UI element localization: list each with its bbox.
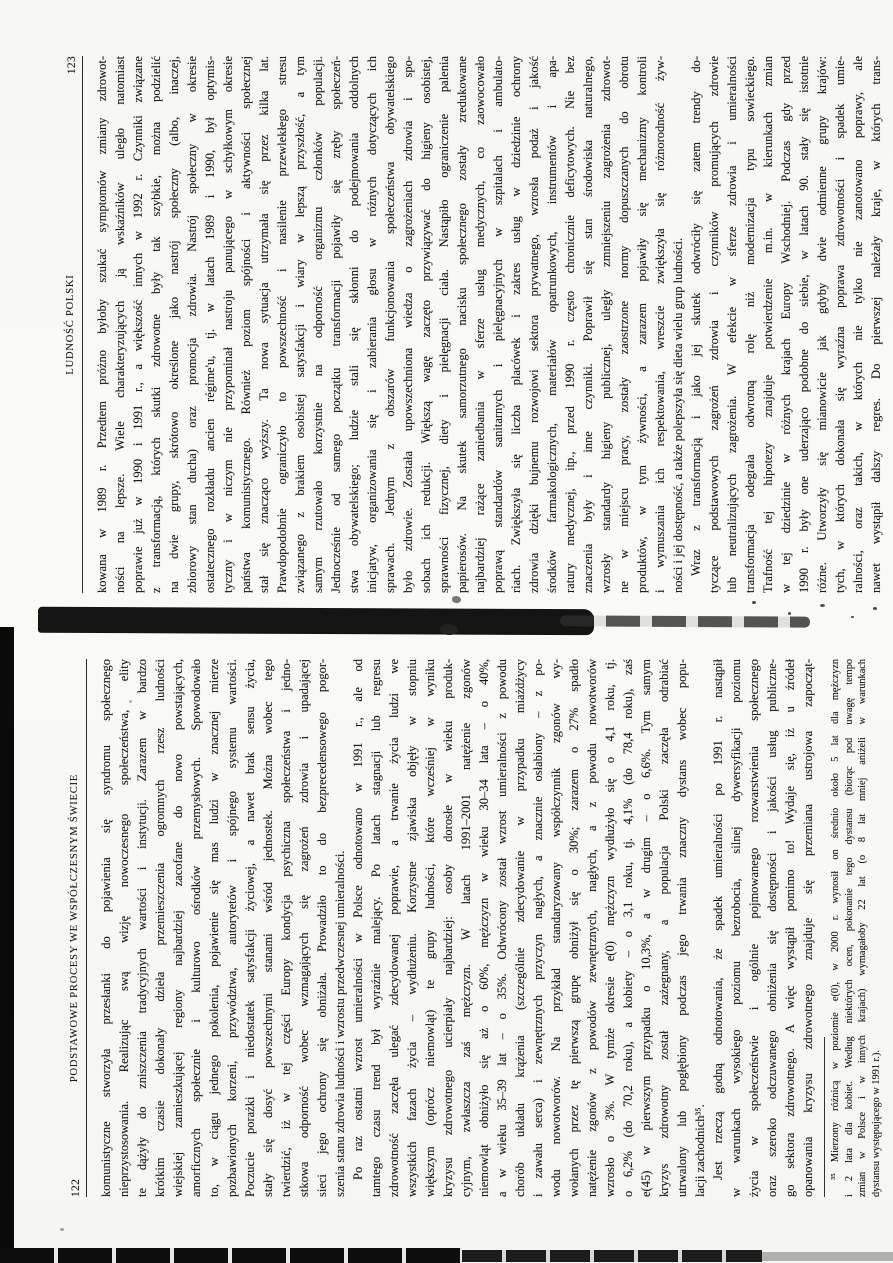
body-text: kowana w 1989 r. Przedtem próżno byłoby … bbox=[93, 56, 885, 593]
text-line: zdrowia dzięki bujnemu rozwojowi sektora… bbox=[525, 56, 543, 593]
text-line: oraz szeroko odczuwanego obniżenia się d… bbox=[763, 659, 781, 1197]
text-line: kryzys zdrowotny został zażegnany, a pop… bbox=[655, 659, 673, 1197]
text-line: Wraz z transformacją i jako jej skutek o… bbox=[687, 56, 705, 593]
body-text: komunistyczne stworzyła przesłanki do po… bbox=[97, 659, 817, 1197]
text-line: różne. Utworzyły się mianowicie jak gdyb… bbox=[813, 56, 831, 593]
page-123: LUDNOŚĆ POLSKI 123 kowana w 1989 r. Prze… bbox=[58, 42, 893, 607]
text-line: związanego z brakiem osobistej satysfakc… bbox=[291, 56, 309, 593]
text-line: zdrowotność zaczęła ulegać zdecydowanej … bbox=[385, 659, 403, 1197]
film-edge-left bbox=[0, 627, 14, 1263]
scan-speckle bbox=[129, 700, 132, 703]
page-122: 122 PODSTAWOWE PROCESY WE WSPÓŁCZESNYM Ś… bbox=[62, 645, 893, 1211]
text-line: inicjatyw, organizowania się i zabierani… bbox=[363, 56, 381, 593]
text-line: większym (oprócz niemowląt) te grupy lud… bbox=[421, 659, 439, 1197]
scan-blob bbox=[452, 596, 461, 603]
text-line: i 2 lata dla kobiet. Według niektórych o… bbox=[843, 659, 857, 1197]
text-line: ne w miejscu pracy, zostały zaostrzone n… bbox=[615, 56, 633, 593]
text-line: kowana w 1989 r. Przedtem próżno byłoby … bbox=[93, 56, 111, 593]
page-number: 123 bbox=[63, 56, 81, 74]
page-123-content: LUDNOŚĆ POLSKI 123 kowana w 1989 r. Prze… bbox=[58, 42, 893, 607]
scanned-book-spread: { "right_page": { "head_left": "", "head… bbox=[0, 0, 893, 1263]
text-line: ³⁵ Mierzony różnicą w poziomie e(0), w 2… bbox=[829, 659, 843, 1197]
text-line: komunistyczne stworzyła przesłanki do po… bbox=[97, 659, 115, 1197]
text-line: sprawności fizycznej, diety i pielęgnacj… bbox=[435, 56, 453, 593]
text-line: zbiorowy stan ducha) oraz promocja zdrow… bbox=[183, 56, 201, 593]
text-line: wzrosło o 3%. W tymże okresie e(0) mężcz… bbox=[601, 659, 619, 1197]
text-line: Jest rzeczą godną odnotowania, że spadek… bbox=[709, 659, 727, 1197]
text-line: go sektora zdrowotnego. A więc wystąpił … bbox=[781, 659, 799, 1197]
text-line: to, w ciągu jednego pokolenia, pojawieni… bbox=[205, 659, 223, 1197]
text-line: poprawie już w 1990 i 1991 r., a większo… bbox=[129, 56, 147, 593]
text-line: na dwie grupy, skrótowo określone jako n… bbox=[165, 56, 183, 593]
gutter-shadow bbox=[38, 607, 594, 635]
text-line: stał się znacząco wyższy. Ta nowa sytuac… bbox=[255, 56, 273, 593]
text-line: stwa obywatelskiego; ludzie stali się sk… bbox=[345, 56, 363, 593]
text-line: wszystkich fazach życia – wydłużeniu. Ko… bbox=[403, 659, 421, 1197]
scan-blob bbox=[440, 624, 458, 635]
text-line: ralności, oraz takich, w których nie tyl… bbox=[849, 56, 867, 593]
text-line: Po raz ostatni wzrost umieralności w Pol… bbox=[349, 659, 367, 1197]
footnote-rule bbox=[824, 1037, 825, 1197]
text-line: wołanych przez tę pierwszą grupę obniżył… bbox=[565, 659, 583, 1197]
text-line: opanowania kryzysu zdrowotnego znajduje … bbox=[799, 659, 817, 1197]
text-line: krótkim czasie dokonały dzieła przemiesz… bbox=[151, 659, 169, 1197]
text-line: w tej dziedzinie w różnych krajach Europ… bbox=[777, 56, 795, 593]
text-line: tyczące podstawowych zagrożeń zdrowia i … bbox=[705, 56, 723, 593]
text-line: środków farmakologicznych, materiałów op… bbox=[543, 56, 561, 593]
text-line: stkowa odporność wobec wzmagających się … bbox=[295, 659, 313, 1197]
scan-speckle bbox=[873, 607, 877, 610]
text-line: lacji zachodnich³⁵. bbox=[691, 659, 709, 1197]
text-line: a w wieku 35–39 lat – o 35%. Odwrócony z… bbox=[493, 659, 511, 1197]
text-line: ratury medycznej, itp., przed 1990 r. cz… bbox=[561, 56, 579, 593]
gutter-shadow-thin bbox=[560, 615, 810, 627]
text-line: 1990 r. były one uderzająco podobne do s… bbox=[795, 56, 813, 593]
text-line: Prawdopodobnie ograniczyło to powszechno… bbox=[273, 56, 291, 593]
text-line: życia w społeczeństwie i ogólnie pojmowa… bbox=[745, 659, 763, 1197]
text-line: papierosów. Na skutek samorzutnego nacis… bbox=[453, 56, 471, 593]
text-line: w warunkach wysokiego poziomu bezrobocia… bbox=[727, 659, 745, 1197]
text-line: sobach ich redukcji. Większą wagę zaczęt… bbox=[417, 56, 435, 593]
text-line: utrwalony lub pogłębiony podczas jego tr… bbox=[673, 659, 691, 1197]
running-head-title: LUDNOŚĆ POLSKI bbox=[62, 56, 80, 593]
text-line: zmian w Polsce i w innych krajach) wymag… bbox=[856, 659, 870, 1197]
text-line: ostatecznego rozkładu ancien régime'u, t… bbox=[201, 56, 219, 593]
text-line: stały się dosyć powszechnymi stanami wśr… bbox=[259, 659, 277, 1197]
text-line: transformacja odegrała odwrotną rolę niż… bbox=[741, 56, 759, 593]
text-line: riach. Zwiększyła się liczba placówek i … bbox=[507, 56, 525, 593]
text-line: tamtego czasu trend był wyraźnie malejąc… bbox=[367, 659, 385, 1197]
text-line: chorób układu krążenia (szczególnie zdec… bbox=[511, 659, 529, 1197]
film-edge-bottom bbox=[0, 1248, 462, 1263]
text-line: produktów, w tym żywności, a zarazem poj… bbox=[633, 56, 651, 593]
text-line: niemowląt obniżyło się aż o 60%, mężczyz… bbox=[475, 659, 493, 1197]
text-line: samym rzutowało korzystnie na odporność … bbox=[309, 56, 327, 593]
text-line: pozbawionych korzeni, przywództwa, autor… bbox=[223, 659, 241, 1197]
text-line: i wymuszania ich respektowania, wreszcie… bbox=[651, 56, 669, 593]
text-line: nieprzystosowania. Realizując swą wizję … bbox=[115, 659, 133, 1197]
text-line: nawet wystąpił dalszy regres. Do pierwsz… bbox=[867, 56, 885, 593]
text-line: natężenie zgonów z powodów zewnętrznych,… bbox=[583, 659, 601, 1197]
text-line: o 6,2% (do 70,2 roku), a kobiety – o 3,1… bbox=[619, 659, 637, 1197]
page-122-content: 122 PODSTAWOWE PROCESY WE WSPÓŁCZESNYM Ś… bbox=[62, 645, 893, 1211]
text-line: te dążyły do zniszczenia tradycyjnych wa… bbox=[133, 659, 151, 1197]
running-head: LUDNOŚĆ POLSKI 123 bbox=[62, 56, 83, 593]
text-line: wzrosły standardy higieny publicznej, ul… bbox=[597, 56, 615, 593]
text-line: było zdrowie. Została upowszechniona wie… bbox=[399, 56, 417, 593]
text-line: sprawach. Jednym z obszarów funkcjonowan… bbox=[381, 56, 399, 593]
text-line: amorficznych społecznie i kulturowo ośro… bbox=[187, 659, 205, 1197]
text-line: i zawału serca) i zewnętrznych przyczyn … bbox=[529, 659, 547, 1197]
text-line: dystansu występującego w 1991 r.). bbox=[870, 659, 884, 1197]
text-line: najbardziej rażące zaniedbania w sferze … bbox=[471, 56, 489, 593]
text-line: Jednocześnie od samego początku transfor… bbox=[327, 56, 345, 593]
text-line: z transformacją, których skutki zdrowotn… bbox=[147, 56, 165, 593]
text-line: Poczucie porażki i niedostatek satysfakc… bbox=[241, 659, 259, 1197]
text-line: wiejskiej zamieszkującej regiony najbard… bbox=[169, 659, 187, 1197]
text-line: e(45) w pierwszym przypadku o 10,3%, a w… bbox=[637, 659, 655, 1197]
scan-speckle bbox=[820, 604, 825, 607]
text-line: lub neutralizujących zagrożenia. W efekc… bbox=[723, 56, 741, 593]
text-line: wodu nowotworów. Na przykład standaryzow… bbox=[547, 659, 565, 1197]
page-number: 122 bbox=[67, 1179, 85, 1197]
text-line: poprawą standardów sanitarnych i pielęgn… bbox=[489, 56, 507, 593]
running-head: 122 PODSTAWOWE PROCESY WE WSPÓŁCZESNYM Ś… bbox=[66, 659, 87, 1197]
text-line: szenia stanu zdrowia ludności i wzrostu … bbox=[331, 659, 349, 1197]
text-line: znaczenia były i inne czynniki. Poprawił… bbox=[579, 56, 597, 593]
text-line: sieci jego ochrony się obniżała. Prowadz… bbox=[313, 659, 331, 1197]
running-head-title: PODSTAWOWE PROCESY WE WSPÓŁCZESNYM ŚWIEC… bbox=[66, 659, 84, 1197]
text-line: państwa komunistycznego. Również poziom … bbox=[237, 56, 255, 593]
text-line: tyczny i w niczym nie przypominał nastro… bbox=[219, 56, 237, 593]
text-line: kryzysu zdrowotnego ucierpiały najbardzi… bbox=[439, 659, 457, 1197]
text-line: Trafność tej hipotezy znajduje potwierdz… bbox=[759, 56, 777, 593]
text-line: twierdzić, iż w tej części Europy kondyc… bbox=[277, 659, 295, 1197]
scan-speckle bbox=[851, 616, 854, 618]
film-edge-bottom-right bbox=[762, 1252, 893, 1261]
scan-speckle bbox=[788, 612, 791, 615]
film-edge-bottom-mid bbox=[462, 1250, 762, 1262]
text-line: ności i jej dostępność, a także polepszy… bbox=[669, 56, 687, 593]
scan-speckle bbox=[60, 1228, 64, 1231]
text-line: tych, w których dokonała się wyraźna pop… bbox=[831, 56, 849, 593]
footnote-text: ³⁵ Mierzony różnicą w poziomie e(0), w 2… bbox=[829, 659, 883, 1197]
text-line: cyjnym, zwłaszcza zaś mężczyzn. W latach… bbox=[457, 659, 475, 1197]
scan-speckle bbox=[752, 601, 756, 604]
text-line: ności na lepsze. Wiele charakteryzującyc… bbox=[111, 56, 129, 593]
